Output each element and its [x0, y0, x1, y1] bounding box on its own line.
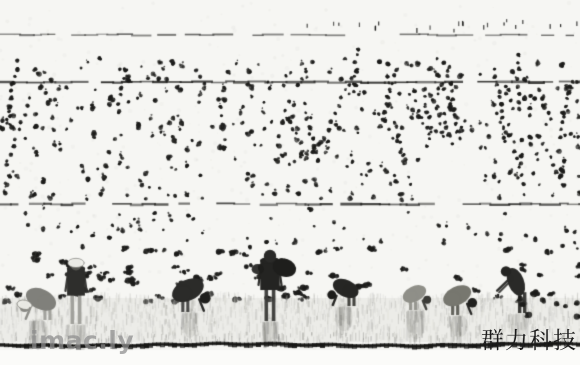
photo-rice-paddy: imac.ly 群力科技 — [0, 0, 580, 365]
rice-paddy-photo-canvas — [0, 0, 580, 365]
